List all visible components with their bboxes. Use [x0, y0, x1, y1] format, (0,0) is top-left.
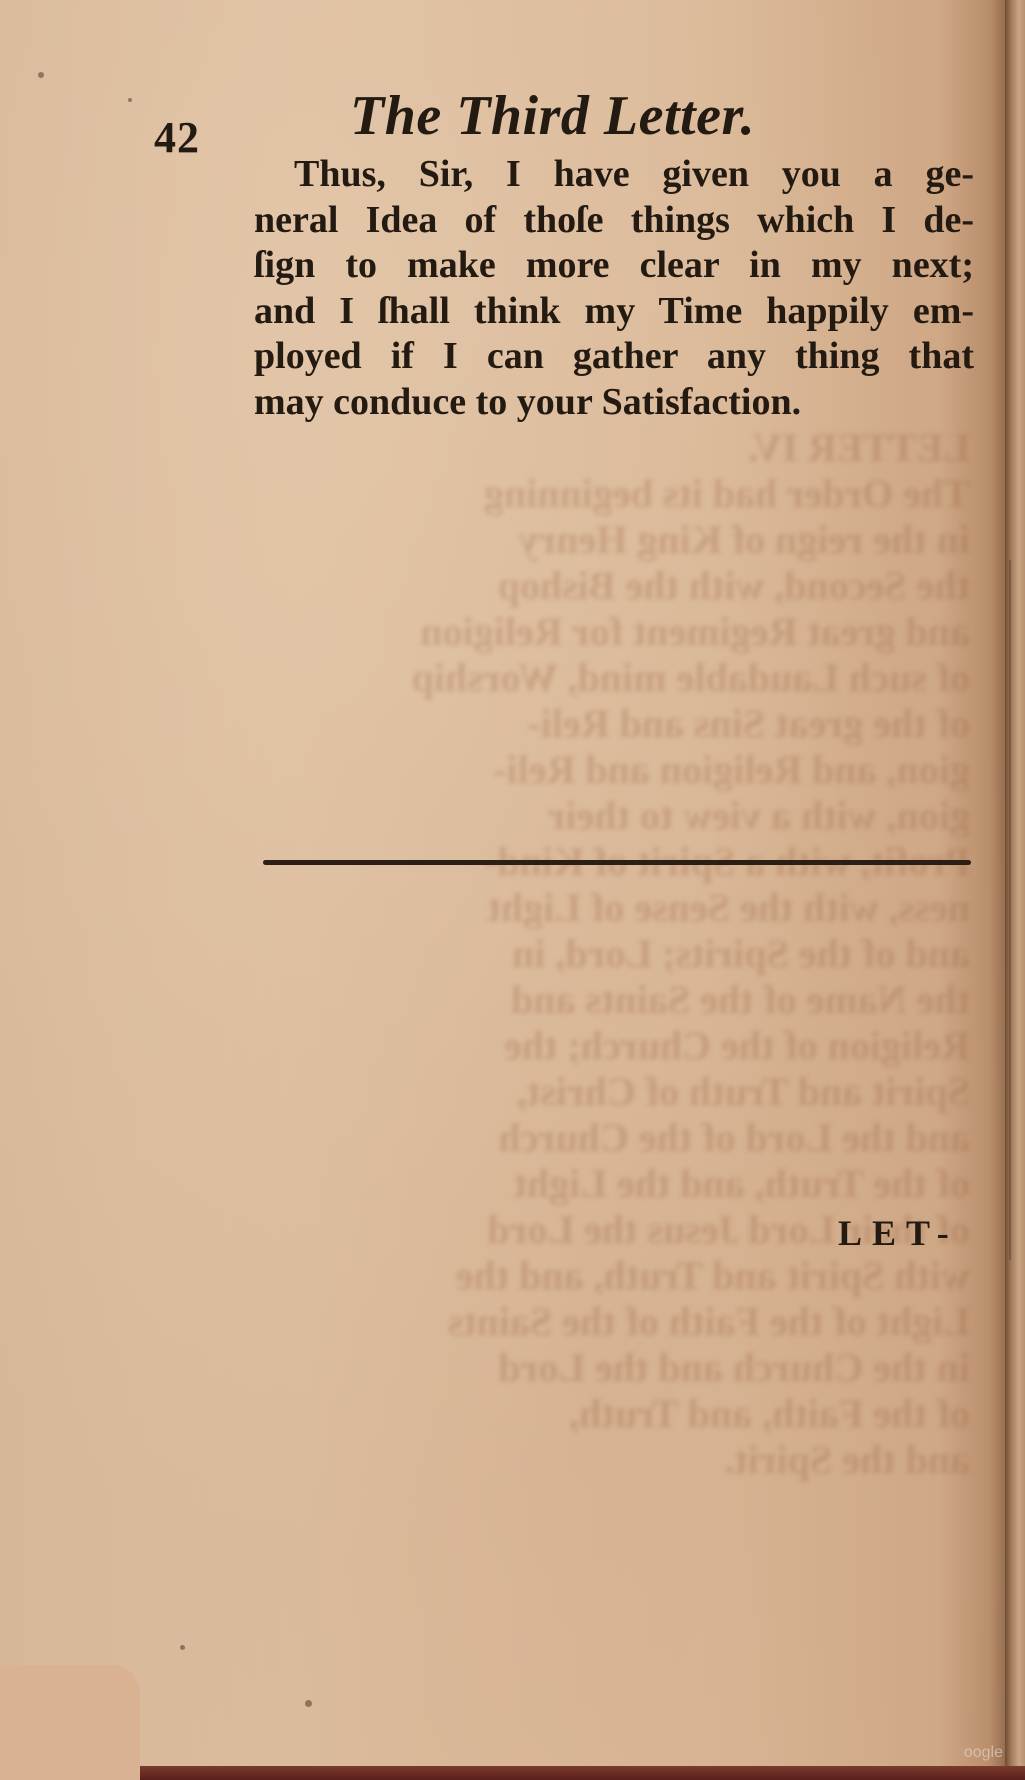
book-spine-edge	[1005, 0, 1025, 1780]
page-corner-patch	[0, 1665, 140, 1780]
paragraph: Thus, Sir, I have given you a ge- neral …	[254, 152, 974, 425]
paragraph-line: may conduce to your Satisfaction.	[254, 380, 974, 426]
paragraph-line: ployed if I can gather any thing that	[254, 334, 974, 380]
paragraph-line: ſign to make more clear in my next;	[254, 243, 974, 289]
catchword: LET-	[838, 1212, 959, 1254]
paper-speck	[38, 72, 44, 78]
scan-watermark: oogle	[964, 1744, 1003, 1762]
paragraph-line: and I ſhall think my Time happily em-	[254, 289, 974, 335]
adjacent-page-edge	[1009, 560, 1021, 1260]
paper-speck	[180, 1645, 185, 1650]
paragraph-line: neral Idea of thoſe things which I de-	[254, 198, 974, 244]
paper-speck	[128, 98, 132, 102]
section-divider-rule	[263, 860, 971, 865]
book-page: LETTER IV.The Order had its beginningin …	[0, 0, 1010, 1780]
paper-speck	[305, 1700, 312, 1707]
running-title: The Third Letter.	[350, 84, 755, 148]
paragraph-line: Thus, Sir, I have given you a ge-	[254, 152, 974, 198]
page-number: 42	[154, 112, 200, 163]
bleed-through-text: LETTER IV.The Order had its beginningin …	[255, 425, 970, 1500]
binding-edge	[140, 1766, 1025, 1780]
